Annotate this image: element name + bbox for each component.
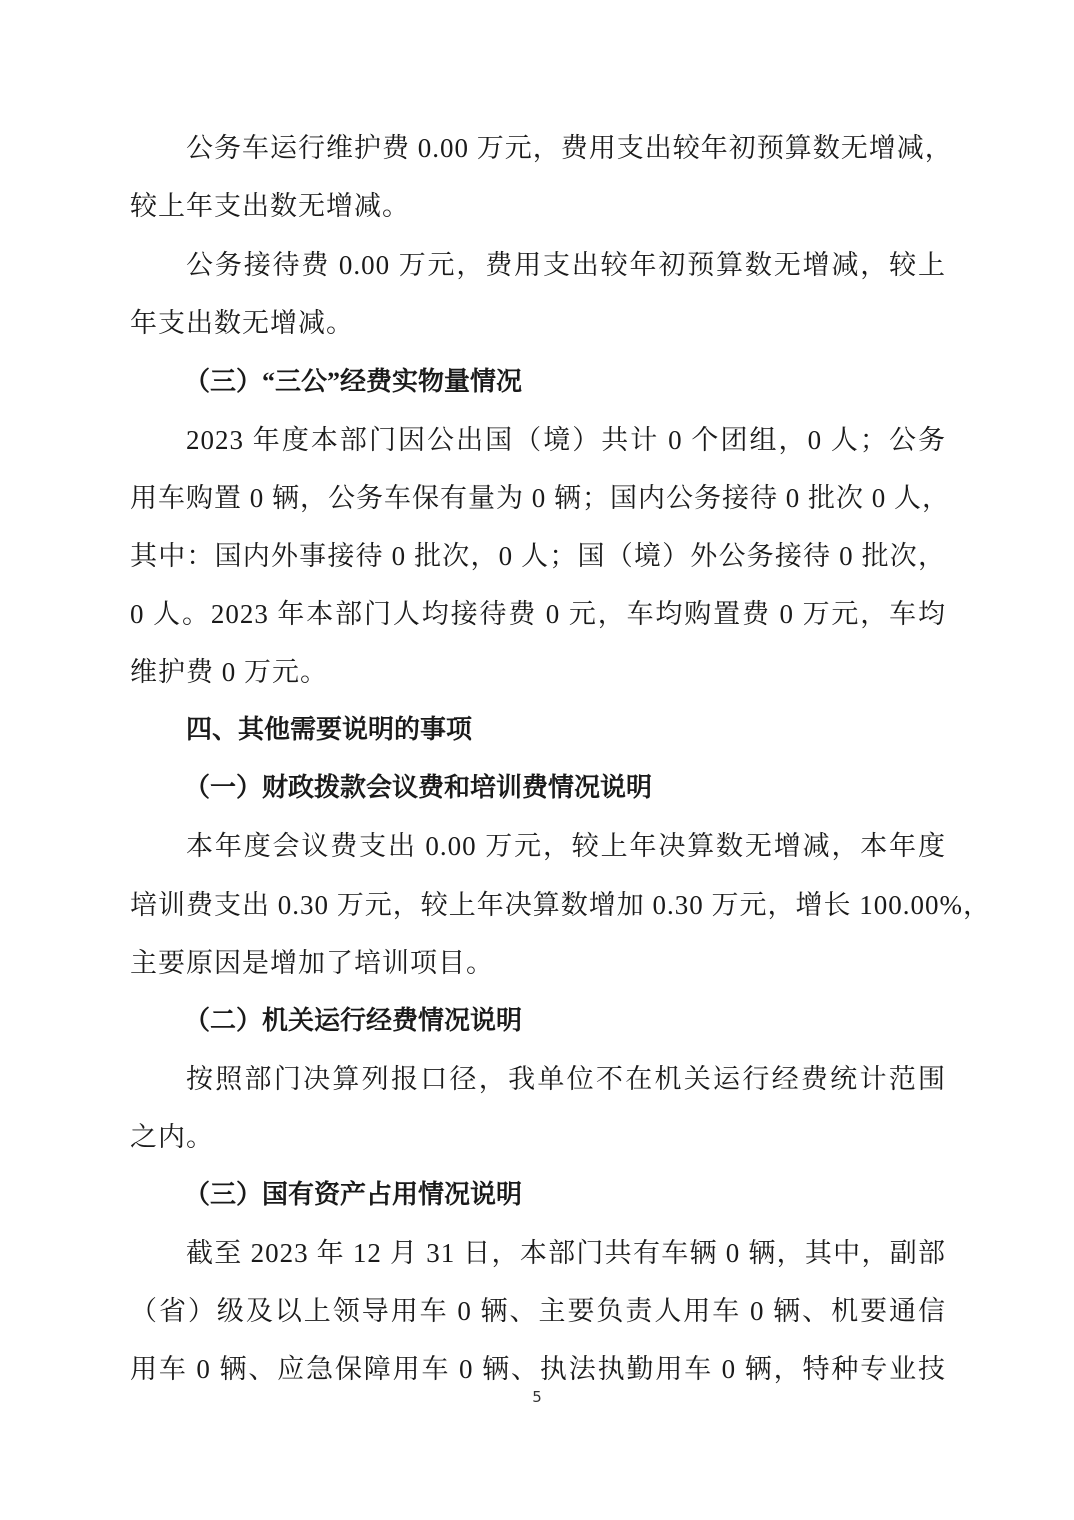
paragraph-line: 之内。 bbox=[130, 1117, 946, 1157]
paragraph-line: 维护费 0 万元。 bbox=[130, 652, 946, 692]
page-number: 5 bbox=[0, 1388, 1074, 1406]
paragraph-line: 年支出数无增减。 bbox=[130, 303, 946, 343]
paragraph-line: 主要原因是增加了培训项目。 bbox=[130, 943, 946, 983]
paragraph-line: 用车购置 0 辆，公务车保有量为 0 辆；国内公务接待 0 批次 0 人， bbox=[130, 478, 946, 518]
paragraph-line: 培训费支出 0.30 万元，较上年决算数增加 0.30 万元，增长 100.00… bbox=[130, 885, 946, 925]
chapter-heading: 四、其他需要说明的事项 bbox=[130, 710, 946, 750]
paragraph-line: 本年度会议费支出 0.00 万元，较上年决算数无增减，本年度 bbox=[130, 826, 946, 866]
paragraph-line: 公务车运行维护费 0.00 万元，费用支出较年初预算数无增减， bbox=[130, 128, 946, 168]
paragraph-line: 公务接待费 0.00 万元，费用支出较年初预算数无增减，较上 bbox=[130, 245, 946, 285]
paragraph-line: 2023 年度本部门因公出国（境）共计 0 个团组，0 人；公务 bbox=[130, 420, 946, 460]
section-heading: （一）财政拨款会议费和培训费情况说明 bbox=[130, 768, 944, 808]
paragraph-line: 用车 0 辆、应急保障用车 0 辆、执法执勤用车 0 辆，特种专业技 bbox=[130, 1349, 946, 1389]
paragraph-line: 较上年支出数无增减。 bbox=[130, 186, 946, 226]
paragraph-line: 0 人。2023 年本部门人均接待费 0 元，车均购置费 0 万元，车均 bbox=[130, 594, 946, 634]
paragraph-line: 截至 2023 年 12 月 31 日，本部门共有车辆 0 辆，其中，副部 bbox=[130, 1233, 946, 1273]
section-heading: （三）国有资产占用情况说明 bbox=[130, 1175, 944, 1215]
paragraph-line: （省）级及以上领导用车 0 辆、主要负责人用车 0 辆、机要通信 bbox=[130, 1291, 946, 1331]
paragraph-line: 其中：国内外事接待 0 批次，0 人；国（境）外公务接待 0 批次， bbox=[130, 536, 946, 576]
section-heading: （三）“三公”经费实物量情况 bbox=[130, 362, 944, 402]
section-heading: （二）机关运行经费情况说明 bbox=[130, 1001, 944, 1041]
paragraph-line: 按照部门决算列报口径，我单位不在机关运行经费统计范围 bbox=[130, 1059, 946, 1099]
